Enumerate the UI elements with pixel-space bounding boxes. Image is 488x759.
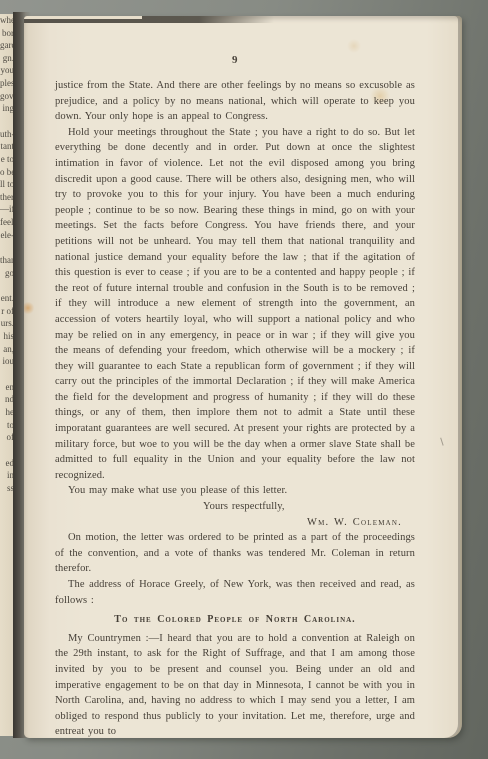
paragraph: My Countrymen :—I heard that you are to …	[55, 631, 415, 738]
page-text-block: justice from the State. And there are ot…	[55, 78, 415, 738]
paragraph: On motion, the letter was ordered to be …	[55, 530, 415, 577]
section-heading: To the Colored People of North Carolina.	[55, 612, 415, 628]
book-page: 9 justice from the State. And there are …	[24, 16, 462, 738]
scanner-background: wheborgardgn.youplesgov-inguth-tante too…	[0, 0, 488, 759]
paragraph: The address of Horace Greely, of New Yor…	[55, 577, 415, 608]
paragraph: justice from the State. And there are ot…	[55, 78, 415, 125]
page-number: 9	[55, 53, 415, 67]
paragraph: Hold your meetings throughout the State …	[55, 125, 415, 484]
letter-closing: Yours respectfully,	[203, 499, 415, 515]
letter-signature: Wm. W. Coleman.	[307, 515, 415, 531]
page-behind-sliver	[24, 16, 142, 19]
paragraph: You may make what use you please of this…	[55, 483, 415, 499]
pencil-mark	[440, 434, 450, 445]
